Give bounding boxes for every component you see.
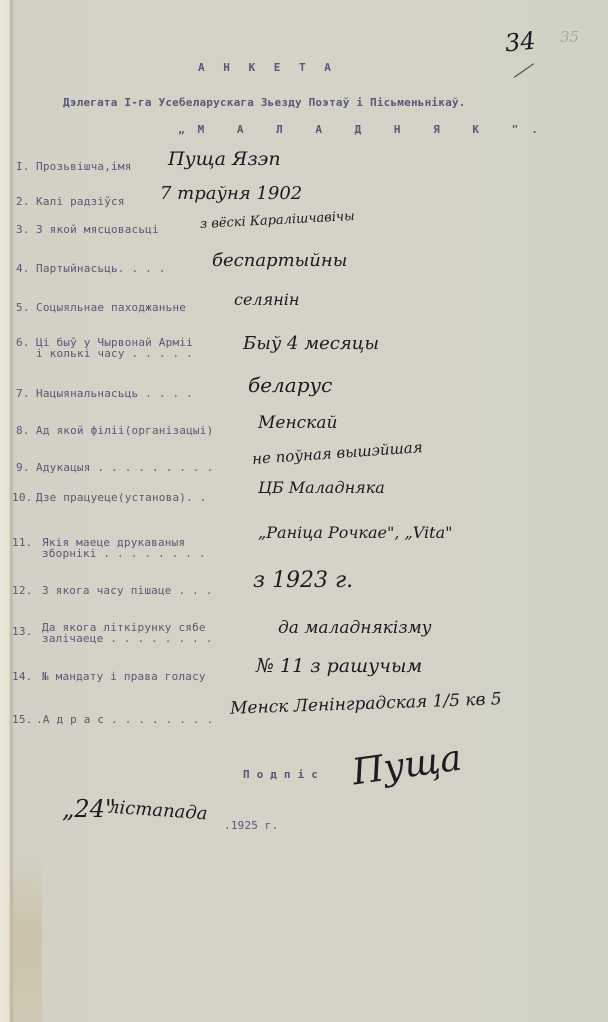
question-number: 15. bbox=[12, 714, 32, 725]
document-page: 34 35 А Н К Е Т А Дэлегата I-га Усебелар… bbox=[0, 0, 608, 1022]
signature: Пуща bbox=[350, 738, 464, 794]
answer-writing-since: з 1923 г. bbox=[253, 568, 353, 593]
answer-nationality: беларус bbox=[248, 373, 332, 397]
question-label: Калі радзіўся bbox=[36, 196, 125, 207]
answer-birthplace: з вёскі Каралішчавічы bbox=[200, 209, 355, 232]
question-number: 13. bbox=[12, 626, 32, 637]
question-label-cont: і колькі часу . . . . . bbox=[36, 348, 193, 359]
question-number: 8. bbox=[16, 425, 30, 436]
folio-number: 34 bbox=[504, 26, 537, 57]
question-label: З якой мясцовасьці bbox=[36, 224, 159, 235]
question-label-cont: зборнікі . . . . . . . . bbox=[42, 548, 206, 559]
answer-mandate: № 11 з рашучым bbox=[256, 655, 422, 677]
answer-branch: Менскай bbox=[258, 413, 337, 433]
question-number: 12. bbox=[12, 585, 32, 596]
answer-surname-name: Пуща Язэп bbox=[168, 148, 281, 170]
form-subtitle: Дэлегата I-га Усебеларускага Зьезду Поэт… bbox=[63, 97, 466, 108]
answer-party: беспартыйны bbox=[212, 250, 347, 271]
question-label: .А д р а с . . . . . . . . bbox=[36, 714, 213, 725]
answer-literary-trend: да маладнякізму bbox=[278, 618, 432, 638]
question-label: Ад якой філіі(організацыі) bbox=[36, 425, 213, 436]
question-number: 6. bbox=[16, 337, 30, 348]
question-label: № мандату і права голасу bbox=[42, 671, 206, 682]
question-number: 10. bbox=[12, 492, 32, 503]
date-month: лістапада bbox=[107, 797, 208, 825]
answer-address: Менск Ленінградская 1/5 кв 5 bbox=[230, 689, 502, 718]
form-title: А Н К Е Т А bbox=[198, 62, 337, 73]
question-label: Прозьвішча,імя bbox=[36, 161, 132, 172]
question-label: Адукацыя . . . . . . . . . bbox=[36, 462, 213, 473]
question-number: 11. bbox=[12, 537, 32, 548]
answer-birth-date: 7 траўня 1902 bbox=[160, 183, 302, 204]
question-label: З якога часу пішаце . . . bbox=[42, 585, 213, 596]
question-number: I. bbox=[16, 161, 30, 172]
question-label-cont: залічаеце . . . . . . . . bbox=[42, 633, 213, 644]
answer-workplace: ЦБ Маладняка bbox=[258, 478, 385, 497]
answer-red-army: Быў 4 месяцы bbox=[243, 333, 379, 354]
question-number: 14. bbox=[12, 671, 32, 682]
question-label: Партыйнасьць. . . . bbox=[36, 263, 166, 274]
organization-name: „М А Л А Д Н Я К ". bbox=[178, 124, 551, 135]
question-number: 3. bbox=[16, 224, 30, 235]
answer-social-origin: селянін bbox=[234, 290, 299, 309]
question-label: Дзе працуеце(установа). . bbox=[36, 492, 207, 503]
folio-number-old: 35 bbox=[560, 28, 579, 46]
question-label: Нацыянальнасьць . . . . bbox=[36, 388, 193, 399]
question-number: 2. bbox=[16, 196, 30, 207]
date-year: .1925 г. bbox=[224, 820, 279, 831]
question-number: 7. bbox=[16, 388, 30, 399]
folio-underline bbox=[514, 63, 534, 78]
paper-stain bbox=[12, 850, 42, 1022]
question-number: 9. bbox=[16, 462, 30, 473]
question-label: Соцыяльнае паходжаньне bbox=[36, 302, 186, 313]
signature-label: П о д п і с bbox=[243, 769, 318, 780]
answer-publications: „Ранiца Рочкае", „Vita" bbox=[258, 523, 453, 542]
question-number: 4. bbox=[16, 263, 30, 274]
question-number: 5. bbox=[16, 302, 30, 313]
answer-education: не поўная вышэйшая bbox=[252, 438, 424, 468]
